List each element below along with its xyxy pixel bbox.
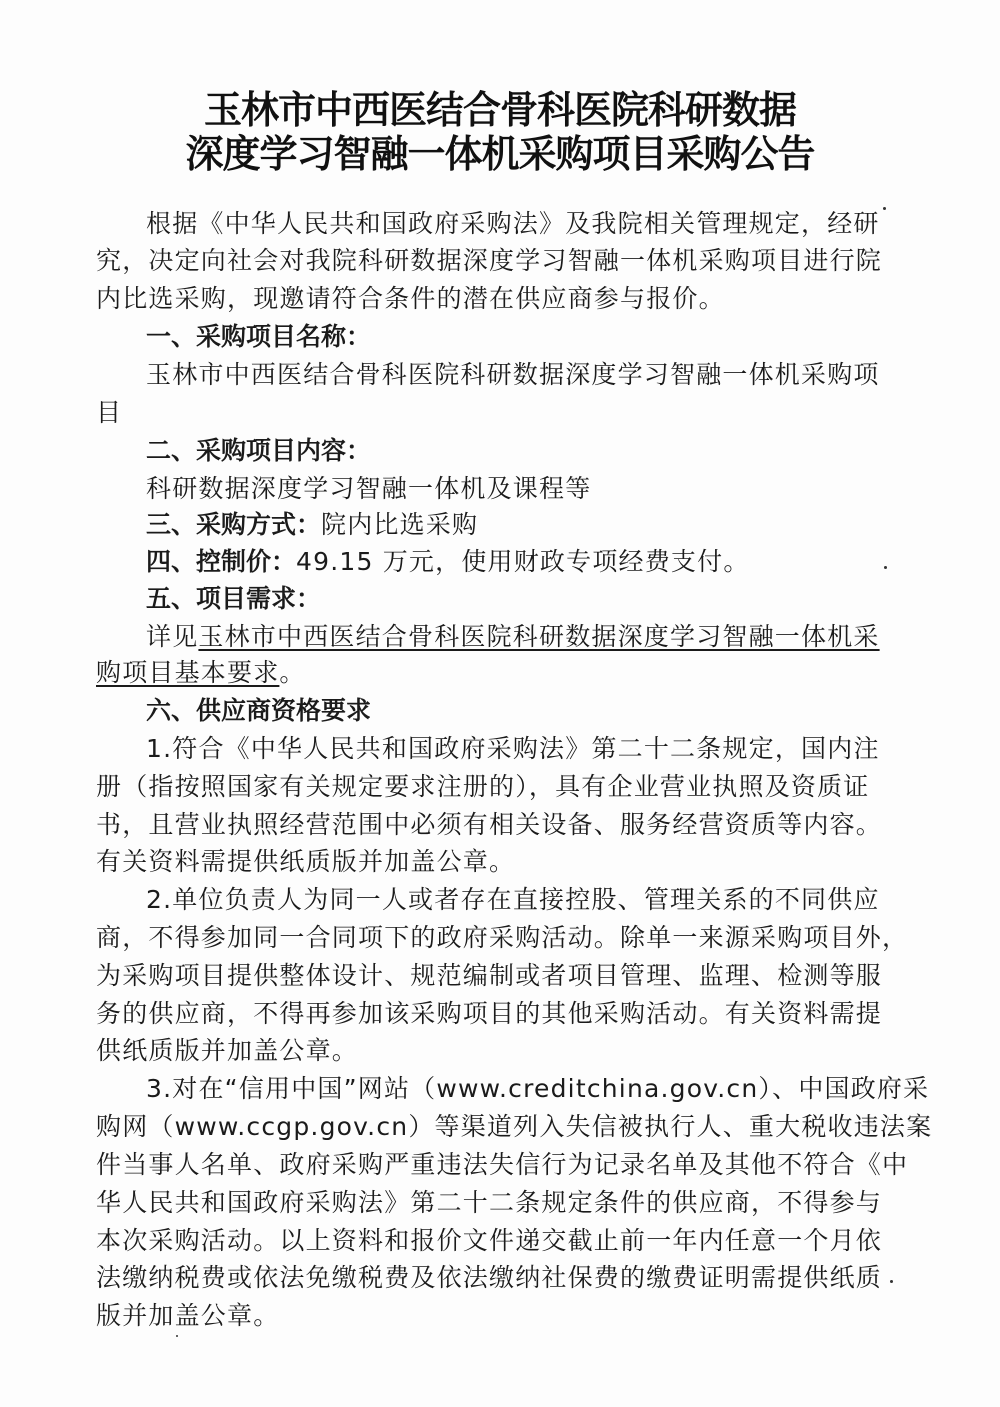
intro-line-3: 内比选采购，现邀请符合条件的潜在供应商参与报价。 <box>96 282 725 316</box>
requirements-link[interactable]: 玉林市中西医结合骨科医院科研数据深度学习智融一体机采 <box>198 622 879 651</box>
req-1-line-1: 1.符合《中华人民共和国政府采购法》第二十二条规定，国内注 <box>146 732 880 766</box>
intro-line-1: 根据《中华人民共和国政府采购法》及我院相关管理规定，经研 <box>146 207 880 241</box>
scan-speck <box>883 207 886 210</box>
req-1-line-4: 有关资料需提供纸质版并加盖公章。 <box>96 845 515 879</box>
section-4-heading: 四、控制价： <box>146 547 296 576</box>
req-2-line-5: 供纸质版并加盖公章。 <box>96 1034 358 1068</box>
req-2-line-2: 商，不得参加同一合同项下的政府采购活动。除单一来源采购项目外， <box>96 921 908 955</box>
req-2-line-1: 2.单位负责人为同一人或者存在直接控股、管理关系的不同供应 <box>146 883 880 917</box>
section-4-row: 四、控制价：49.15 万元，使用财政专项经费支付。 <box>146 545 750 579</box>
section-5-body-line-2: 购项目基本要求。 <box>96 656 306 690</box>
section-3-heading: 三、采购方式： <box>146 510 321 539</box>
section-2-body: 科研数据深度学习智融一体机及课程等 <box>146 472 591 506</box>
requirements-link-continued[interactable]: 购项目基本要求 <box>96 658 279 687</box>
section-5-prefix: 详见 <box>146 622 198 651</box>
req-3-line-6: 法缴纳税费或依法免缴税费及依法缴纳社保费的缴费证明需提供纸质 <box>96 1261 882 1295</box>
section-5-body-line-1: 详见玉林市中西医结合骨科医院科研数据深度学习智融一体机采 <box>146 620 880 654</box>
section-2-heading: 二、采购项目内容： <box>146 434 371 468</box>
document-page: 玉林市中西医结合骨科医院科研数据 深度学习智融一体机采购项目采购公告 根据《中华… <box>0 0 1000 1407</box>
section-3-value: 院内比选采购 <box>321 510 478 539</box>
req-3-line-7: 版并加盖公章。 <box>96 1299 279 1333</box>
scan-speck <box>884 566 887 569</box>
req-1-line-3: 书，且营业执照经营范围中必须有相关设备、服务经营资质等内容。 <box>96 808 882 842</box>
req-3-line-5: 本次采购活动。以上资料和报价文件递交截止前一年内任意一个月依 <box>96 1224 882 1258</box>
section-5-heading: 五、项目需求： <box>146 582 321 616</box>
req-3-line-1: 3.对在“信用中国”网站（www.creditchina.gov.cn）、中国政… <box>146 1072 929 1106</box>
req-3-line-2: 购网（www.ccgp.gov.cn）等渠道列入失信被执行人、重大税收违法案 <box>96 1110 932 1144</box>
section-4-value: 49.15 万元，使用财政专项经费支付。 <box>296 547 750 576</box>
section-6-heading: 六、供应商资格要求 <box>146 694 371 728</box>
req-3-line-4: 华人民共和国政府采购法》第二十二条规定条件的供应商，不得参与 <box>96 1186 882 1220</box>
document-title-line-2: 深度学习智融一体机采购项目采购公告 <box>0 132 1000 176</box>
req-2-line-4: 务的供应商，不得再参加该采购项目的其他采购活动。有关资料需提 <box>96 997 882 1031</box>
section-1-body-line-2: 目 <box>96 396 122 430</box>
document-title-line-1: 玉林市中西医结合骨科医院科研数据 <box>0 88 1000 132</box>
section-1-body-line-1: 玉林市中西医结合骨科医院科研数据深度学习智融一体机采购项 <box>146 358 880 392</box>
section-3-row: 三、采购方式：院内比选采购 <box>146 508 478 542</box>
req-3-line-3: 件当事人名单、政府采购严重违法失信行为记录名单及其他不符合《中 <box>96 1148 908 1182</box>
scan-speck <box>176 1335 178 1337</box>
req-2-line-3: 为采购项目提供整体设计、规范编制或者项目管理、监理、检测等服 <box>96 959 882 993</box>
req-1-line-2: 册（指按照国家有关规定要求注册的），具有企业营业执照及资质证 <box>96 770 870 804</box>
section-5-suffix: 。 <box>279 658 305 687</box>
section-1-heading: 一、采购项目名称： <box>146 320 371 354</box>
intro-line-2: 究，决定向社会对我院科研数据深度学习智融一体机采购项目进行院 <box>96 244 882 278</box>
scan-speck <box>890 1280 893 1283</box>
